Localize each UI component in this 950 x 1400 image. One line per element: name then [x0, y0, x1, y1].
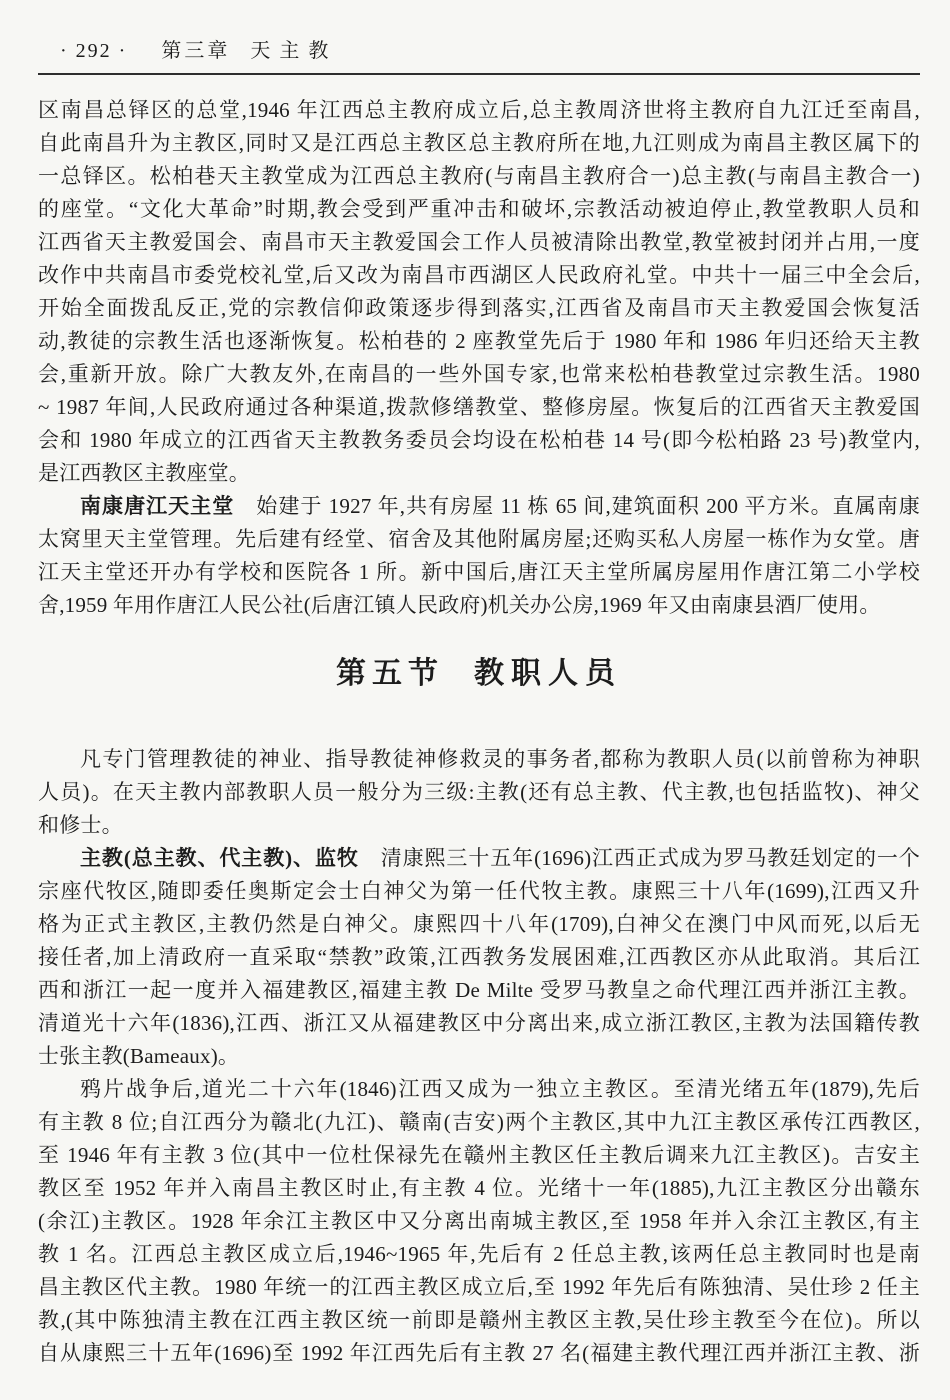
text-line: 会和 1980 年成立的江西省天主教教务委员会均设在松柏巷 14 号(即今松柏路… [38, 424, 920, 457]
text-line: 格为正式主教区,主教仍然是白神父。康熙四十八年(1709),白神父在澳门中风而死… [38, 908, 920, 941]
text-line: 接任者,加上清政府一直采取“禁教”政策,江西教务发展困难,江西教区亦从此取消。其… [38, 941, 920, 974]
text-line: 一总铎区。松柏巷天主教堂成为江西总主教府(与南昌主教府合一)总主教(与南昌主教合… [38, 160, 920, 193]
entry-text: 清康熙三十五年(1696)江西正式成为罗马教廷划定的一个 [359, 846, 920, 870]
text-line: 动,教徒的宗教生活也逐渐恢复。松柏巷的 2 座教堂先后于 1980 年和 198… [38, 325, 920, 358]
text-line: 南康唐江天主堂 始建于 1927 年,共有房屋 11 栋 65 间,建筑面积 2… [38, 490, 920, 523]
text-line: ~ 1987 年间,人民政府通过各种渠道,拨款修缮教堂、整修房屋。恢复后的江西省… [38, 391, 920, 424]
text-line: 士张主教(Bameaux)。 [38, 1040, 920, 1073]
text-line: 自从康熙三十五年(1696)至 1992 年江西先后有主教 27 名(福建主教代… [38, 1337, 920, 1370]
entry-text: 始建于 1927 年,共有房屋 11 栋 65 间,建筑面积 200 平方米。直… [234, 494, 920, 518]
text-line: 开始全面拨乱反正,党的宗教信仰政策逐步得到落实,江西省及南昌市天主教爱国会恢复活 [38, 292, 920, 325]
text-line: (余江)主教区。1928 年余江主教区中又分离出南城主教区,至 1958 年并入… [38, 1205, 920, 1238]
header-rule [38, 73, 920, 75]
text-line: 西和浙江一起一度并入福建教区,福建主教 De Milte 受罗马教皇之命代理江西… [38, 974, 920, 1007]
text-line: 太窝里天主堂管理。先后建有经堂、宿舍及其他附属房屋;还购买私人房屋一栋作为女堂。… [38, 523, 920, 556]
paragraph-dioceses-history: 鸦片战争后,道光二十六年(1846)江西又成为一独立主教区。至清光绪五年(187… [38, 1073, 920, 1370]
heading-spacer [38, 695, 920, 743]
section-heading: 第五节教职人员 [38, 653, 920, 695]
entry-title: 南康唐江天主堂 [80, 494, 234, 518]
paragraph-tangjiang-church: 南康唐江天主堂 始建于 1927 年,共有房屋 11 栋 65 间,建筑面积 2… [38, 490, 920, 622]
text-line: 教 1 名。江西总主教区成立后,1946~1965 年,先后有 2 任总主教,该… [38, 1238, 920, 1271]
chapter-label: 第三章 [161, 38, 230, 64]
entry-title: 主教(总主教、代主教)、监牧 [80, 846, 359, 870]
text-line: 主教(总主教、代主教)、监牧 清康熙三十五年(1696)江西正式成为罗马教廷划定… [38, 842, 920, 875]
page-header: · 292 · 第三章 天主教 [38, 38, 920, 64]
text-line: 至 1946 年有主教 3 位(其中一位杜保禄先在赣州主教区任主教后调来九江主教… [38, 1139, 920, 1172]
paragraph-clergy-intro: 凡专门管理教徒的神业、指导教徒神修救灵的事务者,都称为教职人员(以前曾称为神职 … [38, 743, 920, 842]
section-number: 第五节 [336, 657, 444, 690]
paragraph-nanchang-cathedral: 区南昌总铎区的总堂,1946 年江西总主教府成立后,总主教周济世将主教府自九江迁… [38, 94, 920, 490]
text-line: 凡专门管理教徒的神业、指导教徒神修救灵的事务者,都称为教职人员(以前曾称为神职 [38, 743, 920, 776]
text-line: 宗座代牧区,随即委任奥斯定会士白神父为第一任代牧主教。康熙三十八年(1699),… [38, 875, 920, 908]
text-line: 昌主教区代主教。1980 年统一的江西主教区成立后,至 1992 年先后有陈独清… [38, 1271, 920, 1304]
text-line: 鸦片战争后,道光二十六年(1846)江西又成为一独立主教区。至清光绪五年(187… [38, 1073, 920, 1106]
paragraph-bishops-history: 主教(总主教、代主教)、监牧 清康熙三十五年(1696)江西正式成为罗马教廷划定… [38, 842, 920, 1073]
text-line: 江西省天主教爱国会、南昌市天主教爱国会工作人员被清除出教堂,教堂被封闭并占用,一… [38, 226, 920, 259]
chapter-title: 天主教 [250, 38, 337, 64]
text-line: 区南昌总铎区的总堂,1946 年江西总主教府成立后,总主教周济世将主教府自九江迁… [38, 94, 920, 127]
book-page: · 292 · 第三章 天主教 区南昌总铎区的总堂,1946 年江西总主教府成立… [0, 0, 950, 1400]
text-line: 舍,1959 年用作唐江人民公社(后唐江镇人民政府)机关办公房,1969 年又由… [38, 589, 920, 622]
text-line: 的座堂。“文化大革命”时期,教会受到严重冲击和破坏,宗教活动被迫停止,教堂教职人… [38, 193, 920, 226]
text-line: 清道光十六年(1836),江西、浙江又从福建教区中分离出来,成立浙江教区,主教为… [38, 1007, 920, 1040]
text-line: 是江西教区主教座堂。 [38, 457, 920, 490]
text-line: 自此南昌升为主教区,同时又是江西总主教区总主教府所在地,九江则成为南昌主教区属下… [38, 127, 920, 160]
text-line: 和修士。 [38, 809, 920, 842]
text-line: 会,重新开放。除广大教友外,在南昌的一些外国专家,也常来松柏巷教堂过宗教生活。1… [38, 358, 920, 391]
text-line: 教区至 1952 年并入南昌主教区时止,有主教 4 位。光绪十一年(1885),… [38, 1172, 920, 1205]
text-line: 改作中共南昌市委党校礼堂,后又改为南昌市西湖区人民政府礼堂。中共十一届三中全会后… [38, 259, 920, 292]
text-line: 江天主堂还开办有学校和医院各 1 所。新中国后,唐江天主堂所属房屋用作唐江第二小… [38, 556, 920, 589]
text-line: 教,(其中陈独清主教在江西主教区统一前即是赣州主教区主教,吴仕珍主教至今在位)。… [38, 1304, 920, 1337]
page-number: · 292 · [60, 38, 127, 64]
page-body: 区南昌总铎区的总堂,1946 年江西总主教府成立后,总主教周济世将主教府自九江迁… [38, 94, 920, 1370]
section-title: 教职人员 [474, 657, 622, 690]
text-line: 人员)。在天主教内部教职人员一般分为三级:主教(还有总主教、代主教,也包括监牧)… [38, 776, 920, 809]
text-line: 有主教 8 位;自江西分为赣北(九江)、赣南(吉安)两个主教区,其中九江主教区承… [38, 1106, 920, 1139]
